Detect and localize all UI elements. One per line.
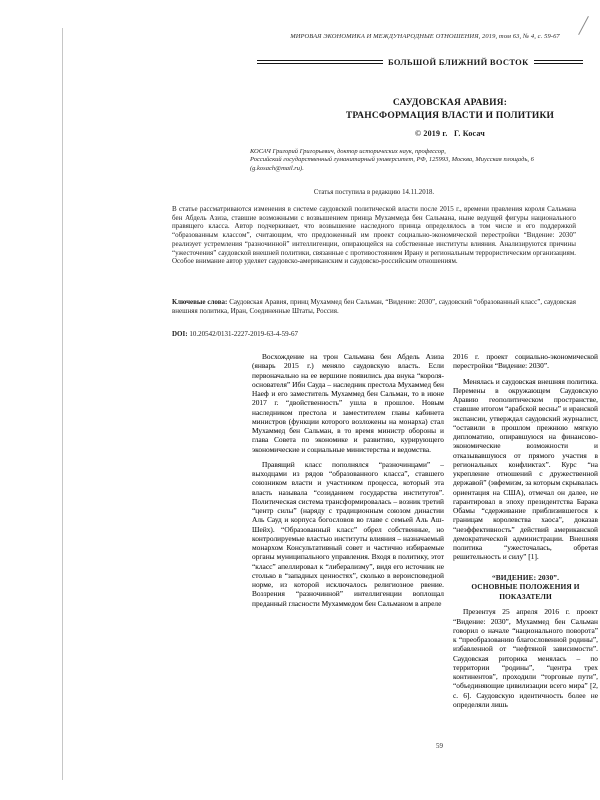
section-heading: “ВИДЕНИЕ: 2030”. ОСНОВНЫЕ ПОЛОЖЕНИЯ И ПО… xyxy=(453,573,598,602)
body-columns: Восхождение на трон Сальмана бен Абдель … xyxy=(252,352,598,715)
banner-rule-left xyxy=(257,60,383,64)
left-paragraph-1: Восхождение на трон Сальмана бен Абдель … xyxy=(252,352,444,454)
right-paragraph-2: Менялась и саудовская внешняя политика. … xyxy=(453,377,598,562)
left-paragraph-2: Правящий класс пополнялся “разночинцами”… xyxy=(252,460,444,608)
author-info: КОСАЧ Григорий Григорьевич, доктор истор… xyxy=(250,148,564,173)
banner-rule-right xyxy=(534,60,583,64)
body-left-column: Восхождение на трон Сальмана бен Абдель … xyxy=(252,352,444,715)
doi-text: 10.20542/0131-2227-2019-63-4-59-67 xyxy=(188,330,298,338)
article-title-line2: ТРАНСФОРМАЦИЯ ВЛАСТИ И ПОЛИТИКИ xyxy=(300,110,600,123)
author-info-line3: (g.kosach@mail.ru). xyxy=(250,165,564,173)
keywords-block: Ключевые слова: Саудовская Аравия, принц… xyxy=(172,298,576,315)
section-heading-line1: “ВИДЕНИЕ: 2030”. xyxy=(453,573,598,583)
article-title: САУДОВСКАЯ АРАВИЯ: ТРАНСФОРМАЦИЯ ВЛАСТИ … xyxy=(300,97,600,122)
section-heading-line2: ОСНОВНЫЕ ПОЛОЖЕНИЯ И ПОКАЗАТЕЛИ xyxy=(453,582,598,601)
right-paragraph-3: Презентуя 25 апреля 2016 г. проект “Виде… xyxy=(453,607,598,709)
author-info-line1: КОСАЧ Григорий Григорьевич, доктор истор… xyxy=(250,148,564,156)
doi-line: DOI: 10.20542/0131-2227-2019-63-4-59-67 xyxy=(172,330,576,338)
section-banner: БОЛЬШОЙ БЛИЖНИЙ ВОСТОК xyxy=(257,57,583,67)
scanned-paper-page: МИРОВАЯ ЭКОНОМИКА И МЕЖДУНАРОДНЫЕ ОТНОШЕ… xyxy=(0,0,600,800)
page-crease-line xyxy=(62,28,63,780)
copyright-line: © 2019 г. Г. Косач xyxy=(300,129,600,138)
abstract-paragraph: В статье рассматриваются изменения в сис… xyxy=(172,205,576,266)
doi-label: DOI: xyxy=(172,330,188,338)
keywords-text: Саудовская Аравия, принц Мухаммед бен Са… xyxy=(172,298,576,315)
right-paragraph-continuation: 2016 г. проект социально-экономической п… xyxy=(453,352,598,371)
author-info-line2: Российский государственный гуманитарный … xyxy=(250,156,564,164)
keywords-label: Ключевые слова: xyxy=(172,298,227,306)
article-title-line1: САУДОВСКАЯ АРАВИЯ: xyxy=(300,97,600,110)
body-right-column: 2016 г. проект социально-экономической п… xyxy=(453,352,598,715)
journal-running-header: МИРОВАЯ ЭКОНОМИКА И МЕЖДУНАРОДНЫЕ ОТНОШЕ… xyxy=(250,33,600,40)
received-date-line: Статья поступила в редакцию 14.11.2018. xyxy=(172,189,576,196)
section-banner-label: БОЛЬШОЙ БЛИЖНИЙ ВОСТОК xyxy=(388,57,529,67)
page-number: 59 xyxy=(436,742,443,750)
